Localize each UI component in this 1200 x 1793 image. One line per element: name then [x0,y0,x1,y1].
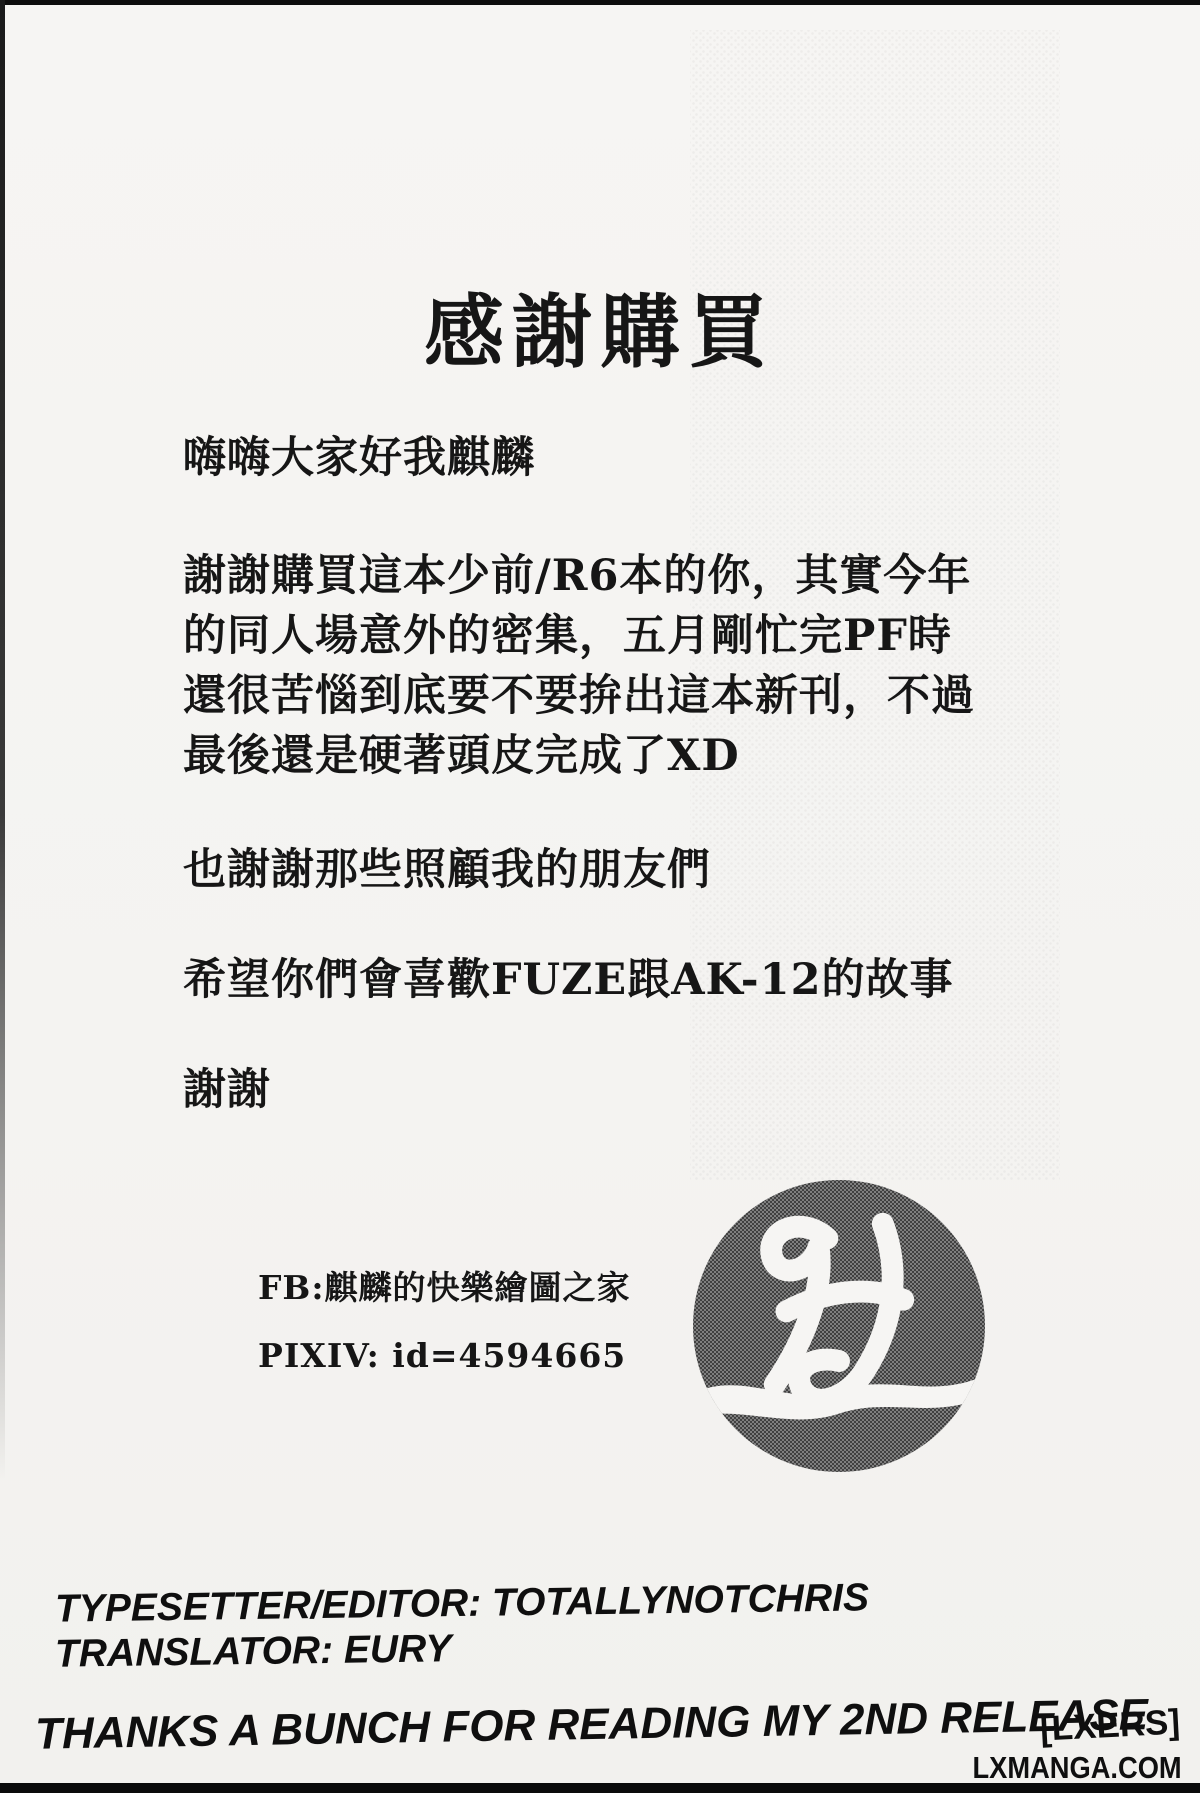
paragraph-line-2: 的同人場意外的密集，五月剛忙完PF時 [183,602,952,663]
friends-line: 也謝謝那些照顧我的朋友們 [183,836,711,897]
thanks-line: 謝謝 [183,1056,271,1117]
paragraph-line-3: 還很苦惱到底要不要拚出這本新刊，不過 [183,662,975,723]
translator-credit: TRANSLATOR: EURY [55,1627,452,1677]
paragraph-line-1: 謝謝購買這本少前/R6本的你，其實今年 [183,542,971,603]
reader-thanks-line: THANKS A BUNCH FOR READING MY 2ND RELEAS… [35,1690,1149,1759]
greeting-line: 嗨嗨大家好我麒麟 [183,424,535,485]
scan-edge-bottom [0,1783,1200,1793]
typesetter-credit: TYPESETTER/EDITOR: TOTALLYNOTCHRIS [55,1576,870,1631]
site-watermark: LXMANGA.COM [973,1750,1182,1786]
facebook-handle: FB:麒麟的快樂繪圖之家 [258,1262,631,1309]
scan-edge-top [0,0,1200,5]
paragraph-line-4: 最後還是硬著頭皮完成了XD [183,722,740,783]
page-title: 感謝購買 [0,268,1200,383]
scan-edge-left [0,0,5,1480]
hope-line: 希望你們會喜歡FUZE跟AK-12的故事 [183,946,953,1007]
manga-afterword-page: 感謝購買 嗨嗨大家好我麒麟 謝謝購買這本少前/R6本的你，其實今年 的同人場意外… [0,0,1200,1793]
artist-logo [693,1180,985,1472]
group-tag: [LXERS] [1039,1702,1181,1749]
logo-wave-icon [693,1180,985,1472]
pixiv-id: PIXIV: id=4594665 [258,1336,626,1375]
